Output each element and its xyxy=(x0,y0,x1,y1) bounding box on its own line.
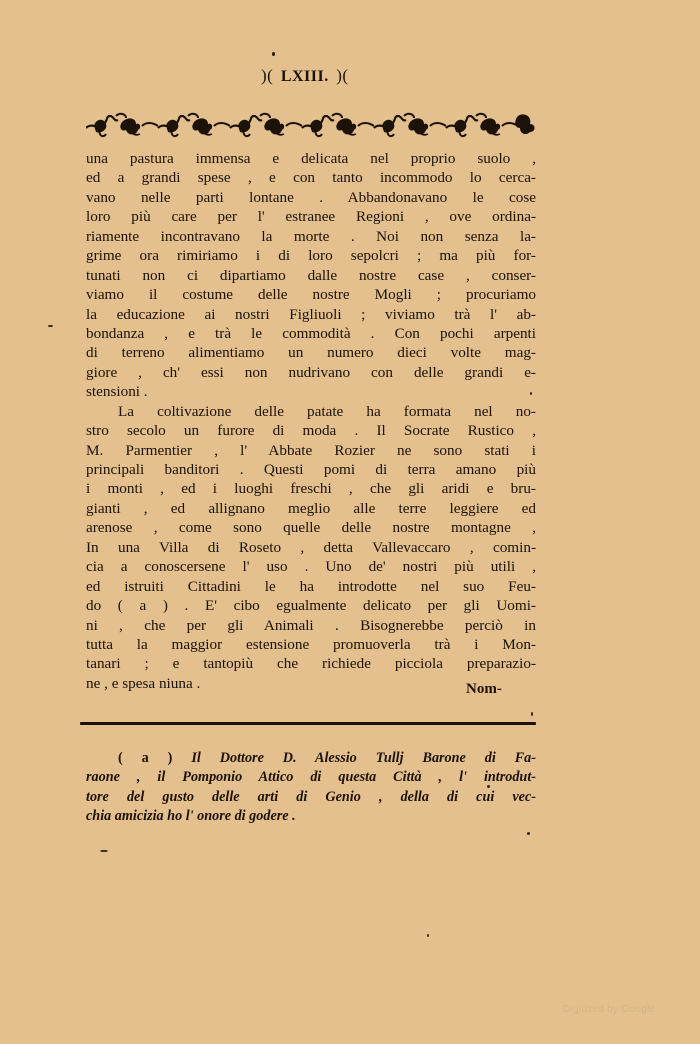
text-line: grime ora rimiriamo i di loro sepolcri ;… xyxy=(86,246,536,265)
ink-speck xyxy=(272,52,275,56)
text-line: gianti , ed allignano meglio alle terre … xyxy=(86,499,536,518)
page-number: LXIII. xyxy=(281,68,329,85)
footnote-line: tore del gusto delle arti di Genio , del… xyxy=(86,788,536,807)
text-line: una pastura immensa e delicata nel propr… xyxy=(86,149,536,168)
footnote-line: ( a ) Il Dottore D. Alessio Tullj Barone… xyxy=(86,749,536,768)
ink-speck xyxy=(527,832,530,835)
digitization-watermark: Digitized by Google xyxy=(563,1004,655,1015)
page-header: )( LXIII. )( xyxy=(258,66,352,86)
text-line: ni , che per gli Animali . Bisognerebbe … xyxy=(86,616,536,635)
text-line: tutta la maggior estensione promuoverla … xyxy=(86,635,536,654)
footnote-line: chia amicizia ho l' onore di godere . xyxy=(86,807,536,826)
text-line: In una Villa di Roseto , detta Vallevacc… xyxy=(86,538,536,557)
footnote-block: ( a ) Il Dottore D. Alessio Tullj Barone… xyxy=(86,749,536,827)
catchword: Nom- xyxy=(466,681,502,698)
text-line: la educazione ai nostri Figliuoli ; vivi… xyxy=(86,305,536,324)
text-line: tunati non ci dipartiamo dalle nostre ca… xyxy=(86,266,536,285)
text-line: riamente incontravano la morte . Noi non… xyxy=(86,227,536,246)
ink-speck xyxy=(487,785,490,788)
ink-speck xyxy=(531,712,533,716)
text-line: di terreno alimentiamo un numero dieci v… xyxy=(86,343,536,362)
text-line: stensioni . xyxy=(86,382,536,401)
text-line: M. Parmentier , l' Abbate Rozier ne sono… xyxy=(86,441,536,460)
text-line: giore , ch' essi non nudrivano con delle… xyxy=(86,363,536,382)
text-line: arenose , come sono quelle delle nostre … xyxy=(86,518,536,537)
footnote-marker: ( a ) xyxy=(118,750,172,766)
ink-speck xyxy=(530,392,532,395)
text-line: principali banditori . Questi pomi di te… xyxy=(86,460,536,479)
text-line: viamo il costume delle nostre Mogli ; pr… xyxy=(86,285,536,304)
text-line: bondanza , e trà le commodità . Con poch… xyxy=(86,324,536,343)
header-right-ornament: )( xyxy=(336,66,348,85)
book-page: )( LXIII. )( una pastura immensa e delic… xyxy=(0,0,700,1044)
footnote-separator-rule xyxy=(80,722,536,725)
text-line: ed istruiti Cittadini le ha introdotte n… xyxy=(86,577,536,596)
text-line: tanari ; e tantopiù che richiede picciol… xyxy=(86,654,536,673)
text-line: vano nelle parti lontane . Abbandonavano… xyxy=(86,188,536,207)
text-line: stro secolo un furore di moda . Il Socra… xyxy=(86,421,536,440)
text-line: i monti , ed i luoghi freschi , che gli … xyxy=(86,479,536,498)
ink-speck xyxy=(100,850,108,852)
ink-speck xyxy=(48,325,53,327)
footnote-line: raone , il Pomponio Attico di questa Cit… xyxy=(86,768,536,787)
paragraph-start-line: La coltivazione delle patate ha formata … xyxy=(86,402,536,421)
text-line: ed a grandi spese , e con tanto incommod… xyxy=(86,168,536,187)
floral-vine-border-icon xyxy=(86,106,538,140)
text-line: do ( a ) . E' cibo egualmente delicato p… xyxy=(86,596,536,615)
text-line: loro più care per l' estranee Regioni , … xyxy=(86,207,536,226)
header-left-ornament: )( xyxy=(261,66,273,85)
text-line: cia a conoscersene l' uso . Uno de' nost… xyxy=(86,557,536,576)
main-text-block: una pastura immensa e delicata nel propr… xyxy=(86,149,536,693)
ink-speck xyxy=(427,934,429,937)
footnote-line-text: Il Dottore D. Alessio Tullj Barone di Fa… xyxy=(191,750,536,766)
